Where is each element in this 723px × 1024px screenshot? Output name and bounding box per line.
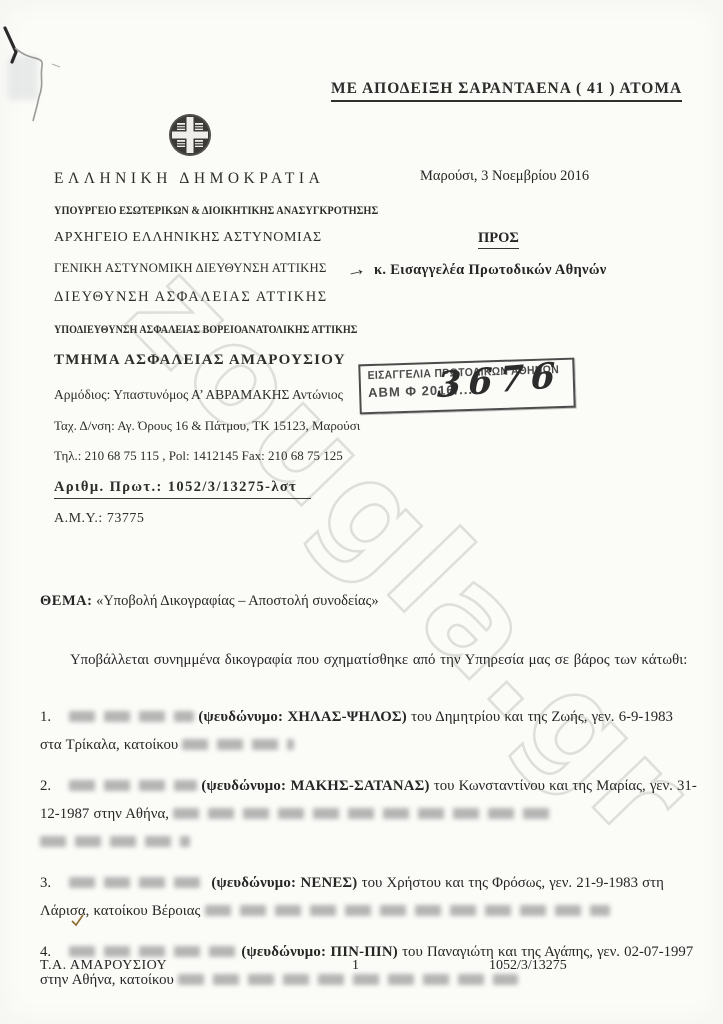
footer-protocol-number: 1052/3/13275	[489, 958, 567, 974]
to-label: ΠΡΟΣ	[478, 230, 519, 249]
letterhead-officer-in-charge: Αρμόδιος: Υπαστυνόμος Α’ ΑΒΡΑΜΑΚΗΣ Αντών…	[54, 387, 343, 403]
subject-line: ΘΕΜΑ: «Υποβολή Δικογραφίας – Αποστολή συ…	[40, 593, 695, 610]
letterhead-ministry: ΥΠΟΥΡΓΕΙΟ ΕΣΩΤΕΡΙΚΩΝ & ΔΙΟΙΚΗΤΙΚΗΣ ΑΝΑΣΥ…	[54, 203, 378, 218]
suspect-item-2: 2. (ψευδώνυμο: ΜΑΚΗΣ-ΣΑΤΑΝΑΣ) του Κωνστα…	[40, 772, 697, 856]
suspect-pseudonym: (ψευδώνυμο: ΧΗΛΑΣ-ΨΗΛΟΣ)	[198, 709, 407, 725]
intro-paragraph: Υποβάλλεται συνημμένα δικογραφία που σχη…	[40, 646, 697, 675]
prosecutor-stamp: ΕΙΣΑΓΓΕΛΙΑ ΠΡΩΤΟΔΙΚΩΝ ΑΘΗΝΩΝ ΑΒΜ Φ 2016/…	[358, 358, 575, 415]
scanned-document-page: zougla.gr ΜΕ ΑΠΟΔΕΙΞΗ ΣΑΡΑΝΤΑΕΝΑ ( 41 ) …	[0, 0, 723, 1024]
letterhead-subdirectorate: ΥΠΟΔΙΕΥΘΥΝΣΗ ΑΣΦΑΛΕΙΑΣ ΒΟΡΕΙΟΑΝΑΤΟΛΙΚΗΣ …	[54, 324, 357, 336]
redacted-name	[69, 877, 207, 888]
suspect-item-3: 3. (ψευδώνυμο: ΝΕΝΕΣ) του Χρήστου και τη…	[40, 869, 697, 925]
redacted-name	[69, 711, 194, 722]
letterhead-republic: ΕΛΛΗΝΙΚΗ ΔΗΜΟΚΡΑΤΙΑ	[54, 170, 324, 188]
hellenic-police-emblem-icon	[166, 111, 214, 159]
subject-text: «Υποβολή Δικογραφίας – Αποστολή συνοδεία…	[96, 593, 379, 609]
scan-crease-artifact	[0, 20, 90, 130]
redacted-address	[173, 808, 555, 819]
place-and-date: Μαρούσι, 3 Νοεμβρίου 2016	[420, 168, 589, 185]
redacted-name	[69, 780, 197, 791]
protocol-number: Αριθμ. Πρωτ.: 1052/3/13275-λστ	[54, 479, 311, 499]
letterhead-police-headquarters: ΑΡΧΗΓΕΙΟ ΕΛΛΗΝΙΚΗΣ ΑΣΤΥΝΟΜΙΑΣ	[54, 230, 322, 246]
redacted-address-continued	[40, 836, 190, 847]
delivery-notice: ΜΕ ΑΠΟΔΕΙΞΗ ΣΑΡΑΝΤΑΕΝΑ ( 41 ) ΑΤΟΜΑ	[331, 80, 682, 102]
suspect-pseudonym: (ψευδώνυμο: ΜΑΚΗΣ-ΣΑΤΑΝΑΣ)	[201, 778, 429, 794]
footer-department: Τ.Α. ΑΜΑΡΟΥΣΙΟΥ	[40, 958, 167, 974]
handwritten-arrow-icon: →	[344, 257, 368, 284]
letterhead-security-directorate: ΔΙΕΥΘΥΝΣΗ ΑΣΦΑΛΕΙΑΣ ΑΤΤΙΚΗΣ	[54, 289, 328, 306]
footer-page-number: 1	[352, 958, 359, 974]
suspect-number: 2.	[40, 778, 51, 794]
amy-number: Α.Μ.Υ.: 73775	[54, 511, 144, 527]
suspect-item-1: 1. (ψευδώνυμο: ΧΗΛΑΣ-ΨΗΛΟΣ) του Δημητρίο…	[40, 703, 697, 759]
letterhead-phone-fax: Τηλ.: 210 68 75 115 , Pol: 1412145 Fax: …	[54, 448, 343, 464]
suspect-number: 1.	[40, 709, 51, 725]
letterhead-general-directorate: ΓΕΝΙΚΗ ΑΣΤΥΝΟΜΙΚΗ ΔΙΕΥΘΥΝΣΗ ΑΤΤΙΚΗΣ	[54, 260, 327, 276]
redacted-address	[178, 974, 518, 985]
letterhead-department: ΤΜΗΜΑ ΑΣΦΑΛΕΙΑΣ ΑΜΑΡΟΥΣΙΟΥ	[54, 352, 346, 369]
redacted-address	[205, 905, 610, 916]
suspect-number: 3.	[40, 875, 51, 891]
redacted-name	[69, 946, 237, 957]
redacted-address	[182, 739, 294, 750]
suspect-pseudonym: (ψευδώνυμο: ΝΕΝΕΣ)	[211, 875, 357, 891]
suspect-pseudonym: (ψευδώνυμο: ΠΙΝ-ΠΙΝ)	[241, 944, 398, 960]
stamp-handwritten-number: 3676	[437, 355, 563, 407]
subject-label: ΘΕΜΑ:	[40, 593, 92, 609]
letterhead-postal-address: Ταχ. Δ/νση: Αγ. Όρους 16 & Πάτμου, ΤΚ 15…	[54, 418, 360, 434]
recipient: κ. Εισαγγελέα Πρωτοδικών Αθηνών	[374, 262, 607, 279]
